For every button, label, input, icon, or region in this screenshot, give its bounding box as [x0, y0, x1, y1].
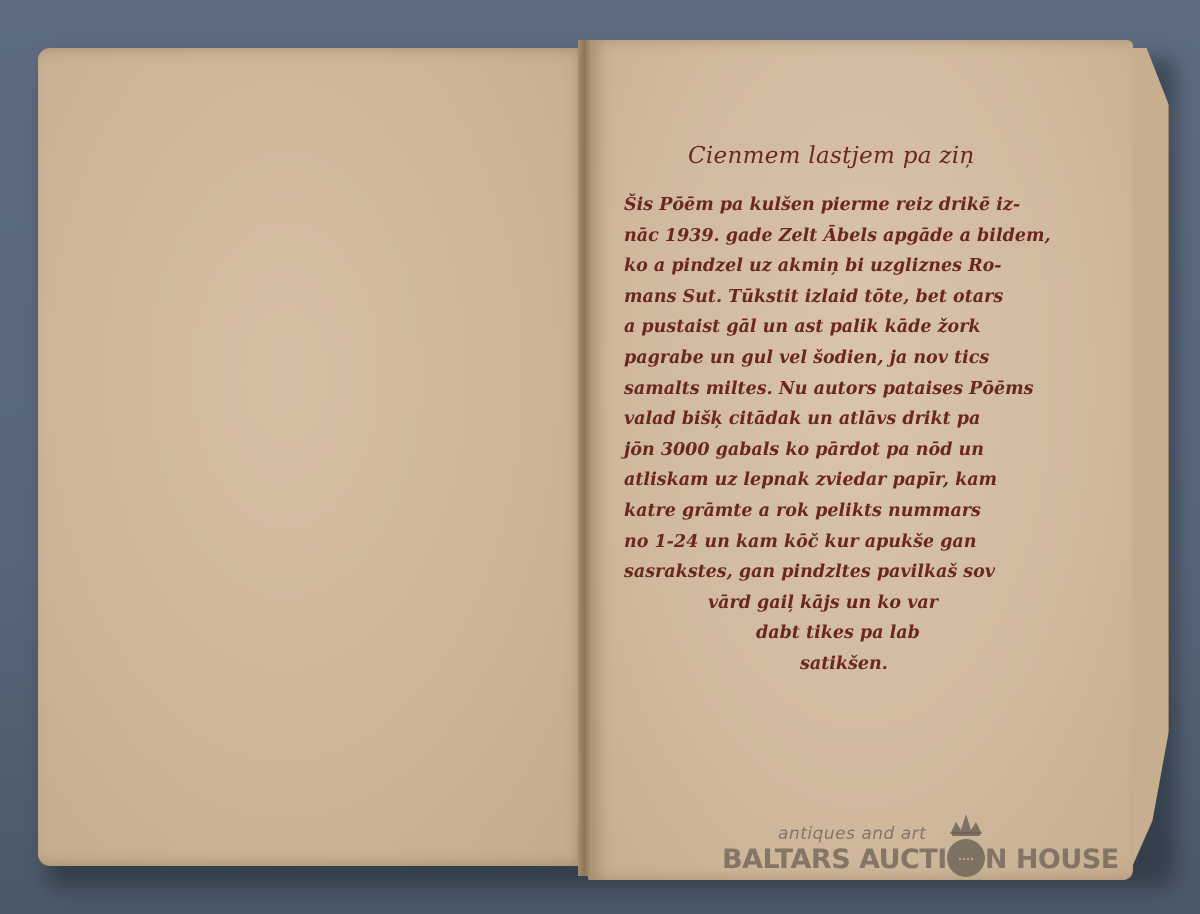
crown-over-circle-icon: [946, 812, 986, 882]
text-line: dabt tikes pa lab: [624, 618, 1054, 649]
text-line: no 1-24 un kam kōč kur apukše gan: [624, 527, 1054, 558]
text-line: vārd gaiļ kājs un ko var: [624, 588, 1054, 619]
right-page: Cienmem lastjem pa ziņ Šis Pōēm pa kulše…: [588, 40, 1133, 880]
watermark-tagline: antiques and art: [778, 824, 926, 844]
text-line: ko a pindzel uz akmiņ bi uzgliznes Ro-: [624, 251, 1054, 282]
watermark-name-part2: N HOUSE: [985, 844, 1119, 875]
text-line: samalts miltes. Nu autors pataises Pōēms: [624, 374, 1054, 405]
book-spine-gutter: [578, 40, 592, 876]
text-line: valad bišķ citādak un atlāvs drikt pa: [624, 404, 1054, 435]
text-line: pagrabe un gul vel šodien, ja nov tics: [624, 343, 1054, 374]
text-line: nāc 1939. gade Zelt Ābels apgāde a bilde…: [624, 221, 1054, 252]
watermark-name: BALTARS AUCTIN HOUSE: [722, 844, 1119, 875]
page-heading: Cienmem lastjem pa ziņ: [688, 143, 888, 169]
left-page-blank: [38, 48, 588, 866]
auction-house-watermark: antiques and art BALTARS AUCTIN HOUSE: [722, 820, 1122, 890]
text-line: atliskam uz lepnak zviedar papīr, kam: [624, 465, 1054, 496]
text-line: katre grāmte a rok pelikts nummars: [624, 496, 1054, 527]
text-line: sasrakstes, gan pindzltes pavilkaš sov: [624, 557, 1054, 588]
text-line: jōn 3000 gabals ko pārdot pa nōd un: [624, 435, 1054, 466]
watermark-name-part1: BALTARS AUCTI: [722, 844, 947, 875]
text-line: mans Sut. Tūkstit izlaid tōte, bet otars: [624, 282, 1054, 313]
page-body-text: Šis Pōēm pa kulšen pierme reiz drikē iz-…: [624, 190, 1054, 680]
text-line: a pustaist gāl un ast palik kāde žork: [624, 312, 1054, 343]
text-line: satikšen.: [624, 649, 1054, 680]
text-line: Šis Pōēm pa kulšen pierme reiz drikē iz-: [624, 190, 1054, 221]
